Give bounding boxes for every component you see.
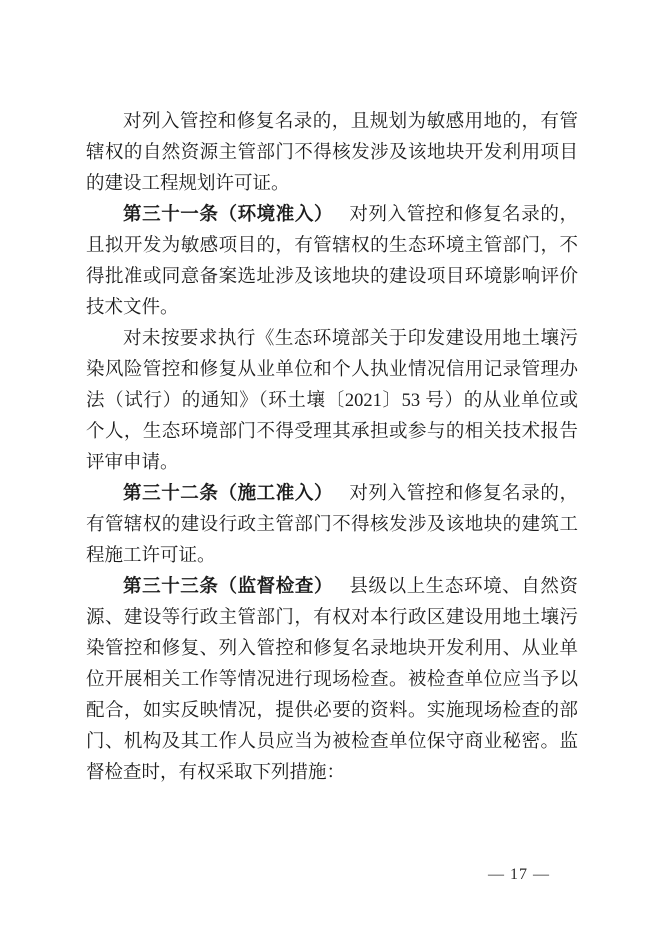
article-heading: 第三十一条（环境准入）: [123, 205, 333, 225]
paragraph: 对列入管控和修复名录的，且规划为敏感用地的，有管辖权的自然资源主管部门不得核发涉…: [86, 107, 578, 200]
document-page: 对列入管控和修复名录的，且规划为敏感用地的，有管辖权的自然资源主管部门不得核发涉…: [0, 0, 661, 935]
article-heading: 第三十三条（监督检查）: [123, 577, 333, 597]
document-body: 对列入管控和修复名录的，且规划为敏感用地的，有管辖权的自然资源主管部门不得核发涉…: [86, 107, 578, 789]
paragraph-text: 对列入管控和修复名录的，且规划为敏感用地的，有管辖权的自然资源主管部门不得核发涉…: [86, 112, 578, 194]
paragraph-text: 县级以上生态环境、自然资源、建设等行政主管部门，有权对本行政区建设用地土壤污染管…: [86, 577, 578, 783]
paragraph-text: 对未按要求执行《生态环境部关于印发建设用地土壤污染风险管控和修复从业单位和个人执…: [86, 329, 578, 473]
paragraph: 第三十三条（监督检查）县级以上生态环境、自然资源、建设等行政主管部门，有权对本行…: [86, 572, 578, 789]
paragraph: 第三十一条（环境准入）对列入管控和修复名录的，且拟开发为敏感项目的，有管辖权的生…: [86, 200, 578, 324]
article-heading: 第三十二条（施工准入）: [123, 484, 333, 504]
page-number: — 17 —: [488, 866, 550, 884]
paragraph: 第三十二条（施工准入）对列入管控和修复名录的，有管辖权的建设行政主管部门不得核发…: [86, 479, 578, 572]
paragraph: 对未按要求执行《生态环境部关于印发建设用地土壤污染风险管控和修复从业单位和个人执…: [86, 324, 578, 479]
page-number-label: — 17 —: [488, 866, 550, 883]
